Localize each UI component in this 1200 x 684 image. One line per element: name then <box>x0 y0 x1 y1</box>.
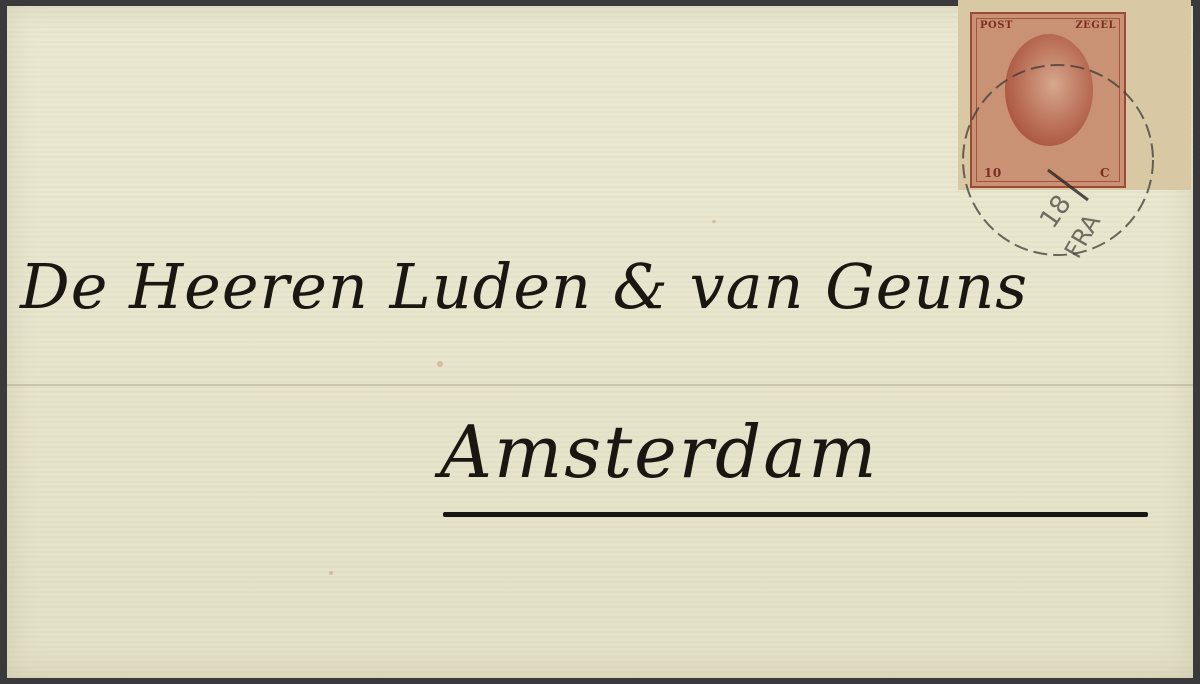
stain <box>329 571 333 575</box>
stain <box>712 220 716 223</box>
stamp-label-zegel: ZEGEL <box>1075 20 1116 31</box>
address-underline <box>443 512 1148 517</box>
address-city: Amsterdam <box>440 410 878 494</box>
addressee: De Heeren Luden & van Geuns <box>20 250 1028 323</box>
fold-line <box>7 384 1193 386</box>
stamp-label-post: POST <box>980 20 1013 31</box>
postmark-icon: 18 FRA <box>958 60 1168 270</box>
stain <box>437 361 443 367</box>
